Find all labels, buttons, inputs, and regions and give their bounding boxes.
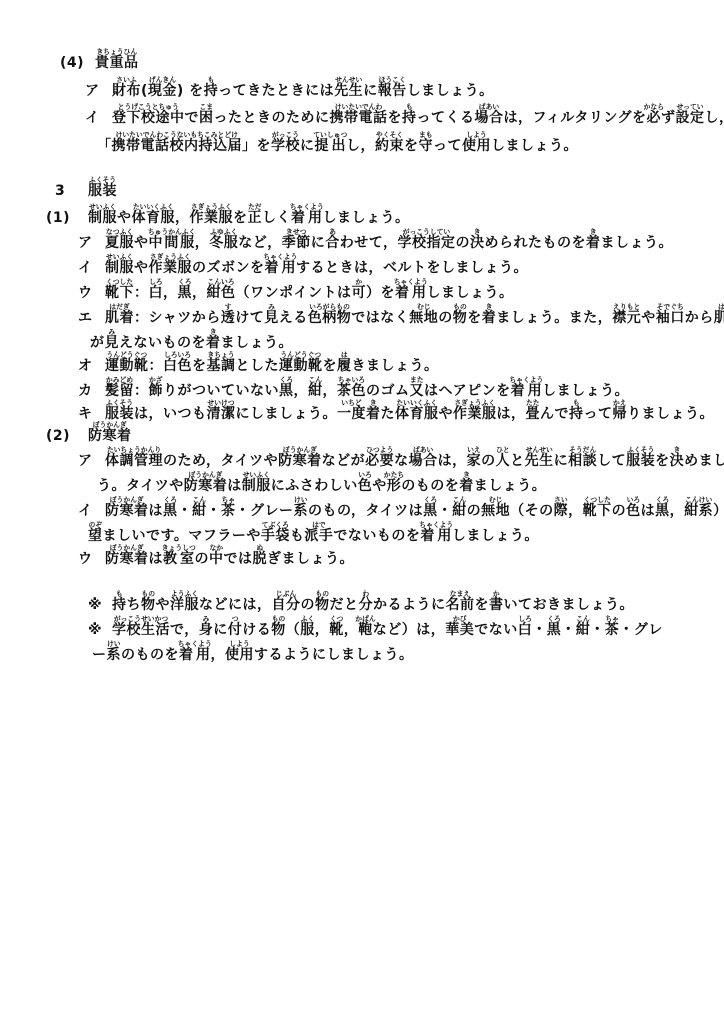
item-label: (2) (46, 429, 88, 443)
ruby-annotated-text: 防寒着ぼうかんぎ (105, 551, 149, 567)
ruby-annotated-text: 人ひと (496, 453, 511, 469)
plain-text: のもの，タイツは (308, 503, 423, 519)
ruby-annotated-text: 紺こん (308, 383, 323, 399)
ruby-annotated-text: 袖口そでぐち (656, 310, 685, 326)
ruby-annotated-text: 着用ちゃくよう (265, 260, 297, 276)
plain-text: ましょう。 (221, 335, 294, 351)
ruby-annotated-text: 黒くろ (655, 503, 670, 519)
ruby-annotated-text: 作業服さぎょうふく (453, 406, 497, 422)
ruby-annotated-text: 運動靴うんどうぐつ (279, 358, 323, 374)
ruby-annotated-text: 合あ (325, 235, 340, 251)
ruby-annotated-text: 着き (366, 406, 381, 422)
text-line: ※持もち物ものや洋服ようふくなどには，自分じぶんの物ものだと分わかるように名前な… (88, 590, 634, 612)
plain-text: ， (192, 285, 207, 301)
ruby-annotated-text: 系けい (107, 647, 122, 663)
plain-text: ， (195, 235, 210, 251)
ruby-annotated-text: 色柄物いろがらもの (308, 310, 352, 326)
plain-text: にふさわしい (271, 478, 358, 494)
plain-text: に (363, 83, 378, 99)
plain-text: の (301, 597, 316, 613)
ruby-annotated-text: 約束やくそく (375, 138, 404, 154)
ruby-annotated-text: 正ただ (248, 210, 263, 226)
ruby-annotated-text: 中間服ちゅうかんふく (149, 235, 195, 251)
ruby-annotated-text: 着用ちゃくよう (291, 210, 323, 226)
plain-text: （ (286, 622, 301, 638)
plain-text: とした (236, 358, 280, 374)
ruby-annotated-text: 身み (199, 622, 214, 638)
plain-text: かるように (373, 597, 446, 613)
ruby-annotated-text: 学校指定がっこうしてい (397, 235, 455, 251)
ruby-annotated-text: 防寒着ぼうかんぎ (278, 453, 322, 469)
ruby-annotated-text: 先生せんせい (525, 453, 554, 469)
ruby-annotated-text: 季節きせつ (282, 235, 311, 251)
ruby-annotated-text: 服装ふくそう (88, 183, 117, 199)
ruby-annotated-text: 着用ちゃくよう (395, 285, 427, 301)
text-line: が見みえないものを着きましょう。 (90, 328, 293, 350)
ruby-annotated-text: 無地むじ (409, 310, 438, 326)
ruby-annotated-text: 見み (105, 335, 120, 351)
plain-text: で， (170, 622, 199, 638)
text-line: (2)防寒着ぼうかんぎ (46, 421, 132, 443)
ruby-annotated-text: 設定せってい (676, 110, 705, 126)
plain-text: でないものを (333, 528, 420, 544)
ruby-annotated-text: 又また (410, 383, 425, 399)
ruby-annotated-text: 持も (569, 406, 584, 422)
ruby-annotated-text: 手袋てぶくろ (261, 528, 290, 544)
ruby-annotated-text: 中なか (209, 551, 224, 567)
plain-text: はヘアピンを (424, 383, 511, 399)
plain-text: う。タイツや (97, 478, 184, 494)
text-line: 望のぞましいです。マフラーや手袋てぶくろも派手はででないものを着用ちゃくようしま… (88, 521, 539, 543)
plain-text: するようにしましょう。 (254, 647, 414, 663)
ruby-annotated-text: 際さい (554, 503, 569, 519)
ruby-annotated-text: 白しろ (149, 285, 164, 301)
plain-text: ， (315, 622, 330, 638)
plain-text: では (224, 551, 253, 567)
item-label: ア (78, 236, 105, 250)
plain-text: きましょう。 (352, 358, 439, 374)
ruby-annotated-text: 提出ていしゅつ (315, 138, 347, 154)
plain-text: ましょう。 (474, 478, 547, 494)
plain-text: の (438, 310, 453, 326)
ruby-annotated-text: 脱ぬ (253, 551, 268, 567)
ruby-annotated-text: 茶ちゃ (605, 622, 620, 638)
ruby-annotated-text: 着用ちゃくよう (420, 528, 452, 544)
plain-text: しく (262, 210, 291, 226)
ruby-annotated-text: 無地むじ (481, 503, 510, 519)
plain-text: を (388, 110, 403, 126)
plain-text: （その (510, 503, 554, 519)
ruby-annotated-text: 財布さいふ (112, 83, 141, 99)
plain-text: （ワンポイントは (236, 285, 352, 301)
plain-text: は， (497, 406, 526, 422)
plain-text: ・ (590, 622, 605, 638)
ruby-annotated-text: 必かなら (647, 110, 662, 126)
ruby-annotated-text: 可か (352, 285, 367, 301)
ruby-annotated-text: 貴重品きちょうひん (95, 55, 139, 71)
plain-text: ， (568, 503, 583, 519)
plain-text: しましょう。 (407, 83, 494, 99)
plain-text: ・グレ (619, 622, 663, 638)
plain-text: も (290, 528, 305, 544)
ruby-annotated-text: 場合ばあい (409, 453, 438, 469)
ruby-annotated-text: 着き (206, 335, 221, 351)
text-line: ー系けいのものを着用ちゃくよう，使用しようするようにしましょう。 (92, 640, 414, 662)
plain-text: は (149, 551, 164, 567)
plain-text: ）を (366, 285, 395, 301)
ruby-annotated-text: 学校がっこう (271, 138, 300, 154)
plain-text: の (195, 551, 210, 567)
plain-text: するときは，ベルトをしましょう。 (296, 260, 528, 276)
ruby-annotated-text: 肌着はだぎ (714, 310, 724, 326)
ruby-annotated-text: 黒くろ (178, 285, 193, 301)
ruby-annotated-text: 持も (402, 110, 417, 126)
plain-text: は (227, 478, 242, 494)
item-label: (1) (46, 211, 88, 225)
plain-text: は (641, 503, 656, 519)
ruby-annotated-text: 飾かざ (149, 383, 164, 399)
text-line: ※学校生活がっこうせいかつで，身みに付つける物もの（服ふく，靴くつ，鞄かばんなど… (88, 615, 663, 637)
plain-text: など， (238, 235, 282, 251)
plain-text: ( (141, 83, 148, 99)
ruby-annotated-text: 携帯電話校内持込届けいたいでんわこうないもちこみとどけ (112, 138, 243, 154)
ruby-annotated-text: 着き (482, 310, 497, 326)
plain-text: りがついていない (163, 383, 279, 399)
plain-text: から (685, 310, 714, 326)
plain-text: ・ (178, 503, 193, 519)
plain-text: ぎましょう。 (267, 551, 354, 567)
item-label: ア (78, 454, 105, 468)
plain-text: のズボンを (192, 260, 265, 276)
ruby-annotated-text: 場合ばあい (475, 110, 504, 126)
ruby-annotated-text: 着き (586, 235, 601, 251)
ruby-annotated-text: 教室きょうしつ (163, 551, 195, 567)
plain-text: ）が (713, 503, 724, 519)
text-line: (1)制服せいふくや体育服たいいくふく，作業服さぎょうふくを正ただしく着用ちゃく… (46, 203, 410, 225)
plain-text: いておきましょう。 (504, 597, 635, 613)
ruby-annotated-text: 鞄かばん (358, 622, 373, 638)
text-line: ウ靴下くつした：白しろ，黒くろ，紺色こんいろ（ワンポイントは可か）を着用ちゃくよ… (78, 278, 514, 300)
ruby-annotated-text: 体育服たいいくふく (132, 210, 176, 226)
text-line: エ肌着はだぎ：シャツから透すけて見みえる色柄物いろがらものではなく無地むじの物も… (78, 303, 724, 325)
ruby-annotated-text: 色いろ (626, 503, 641, 519)
ruby-annotated-text: 決き (670, 453, 685, 469)
plain-text: や (134, 235, 149, 251)
ruby-annotated-text: 冬服ふゆふく (209, 235, 238, 251)
ruby-annotated-text: 作業服さぎょうふく (190, 210, 234, 226)
plain-text: わせて， (340, 235, 398, 251)
ruby-annotated-text: 先生せんせい (334, 83, 363, 99)
item-label: ウ (78, 552, 105, 566)
ruby-annotated-text: 制服せいふく (242, 478, 271, 494)
plain-text: だと (330, 597, 359, 613)
plain-text: ち (127, 597, 142, 613)
plain-text: えないものを (119, 335, 206, 351)
ruby-annotated-text: 服ふく (300, 622, 315, 638)
ruby-annotated-text: 物もの (453, 310, 468, 326)
plain-text: は (149, 503, 164, 519)
plain-text: められたものを (484, 235, 586, 251)
plain-text: ー (92, 647, 107, 663)
document-page: (4)貴重品きちょうひんア財布さいふ(現金げんきん) を持もってきたときには先生… (0, 0, 724, 1024)
ruby-annotated-text: 物もの (271, 622, 286, 638)
plain-text: ， (294, 383, 309, 399)
ruby-annotated-text: 髪留かみどめ (105, 383, 134, 399)
plain-text: や (134, 260, 149, 276)
item-label: イ (78, 261, 105, 275)
ruby-annotated-text: 防寒着ぼうかんぎ (184, 478, 228, 494)
plain-text: の (455, 235, 470, 251)
plain-text: や (439, 406, 454, 422)
plain-text: の (467, 503, 482, 519)
plain-text: 「 (97, 138, 112, 154)
ruby-annotated-text: 自分じぶん (272, 597, 301, 613)
plain-text: って (584, 406, 613, 422)
ruby-annotated-text: 決き (470, 235, 485, 251)
ruby-annotated-text: 使用しよう (225, 647, 254, 663)
ruby-annotated-text: 茶ちゃ (221, 503, 236, 519)
ruby-annotated-text: 茶色ちゃいろ (337, 383, 366, 399)
ruby-annotated-text: 一度いちど (337, 406, 366, 422)
plain-text: は，フィルタリングを (504, 110, 647, 126)
text-line: ウ防寒着ぼうかんぎは教室きょうしつの中なかでは脱ぬぎましょう。 (78, 544, 354, 566)
plain-text: のものを (401, 478, 459, 494)
plain-text: など）は， (373, 622, 446, 638)
item-label: (4) (60, 56, 95, 70)
text-line: イ制服せいふくや作業服さぎょうふくのズボンを着用ちゃくようするときは，ベルトをし… (78, 253, 528, 275)
ruby-annotated-text: 必要ひつよう (365, 453, 394, 469)
ruby-annotated-text: 着用ちゃくよう (179, 647, 211, 663)
plain-text: ：シャツから (134, 310, 221, 326)
plain-text: ， (175, 210, 190, 226)
ruby-annotated-text: 基調きちょう (207, 358, 236, 374)
ruby-annotated-text: 運動靴うんどうぐつ (105, 358, 149, 374)
plain-text: や (641, 310, 656, 326)
plain-text: ： (134, 383, 149, 399)
text-line: ア財布さいふ(現金げんきん) を持もってきたときには先生せんせいに報告ほうこくし… (85, 76, 494, 98)
item-label: キ (78, 407, 105, 421)
plain-text: な (394, 453, 409, 469)
plain-text: ましょう。 (600, 235, 673, 251)
ruby-annotated-text: 黒くろ (279, 383, 294, 399)
ruby-annotated-text: 履は (337, 358, 352, 374)
ruby-annotated-text: 肌着はだぎ (105, 310, 134, 326)
ruby-annotated-text: 書か (489, 597, 504, 613)
plain-text: や (117, 210, 132, 226)
text-line: (4)貴重品きちょうひん (60, 48, 139, 70)
ruby-annotated-text: 色いろ (358, 478, 373, 494)
ruby-annotated-text: 畳たた (526, 406, 541, 422)
text-line: ア夏服なつふくや中間服ちゅうかんふく，冬服ふゆふくなど，季節きせつに合あわせて，… (78, 228, 673, 250)
ruby-annotated-text: 着用ちゃくよう (511, 383, 543, 399)
plain-text: でない (474, 622, 518, 638)
plain-text: し， (705, 110, 724, 126)
text-line: ア体調管理たいちょうかんりのため，タイツや防寒着ぼうかんぎなどが必要ひつような場… (78, 446, 724, 468)
plain-text: のため，タイツや (163, 453, 278, 469)
text-line: オ運動靴うんどうぐつ：白色しろいろを基調きちょうとした運動靴うんどうぐつを履はき… (78, 351, 439, 373)
ruby-annotated-text: 帰かえ (613, 406, 628, 422)
ruby-annotated-text: 物もの (141, 597, 156, 613)
ruby-annotated-text: 透す (221, 310, 236, 326)
text-line: イ登下校途中とうげこうとちゅうで困こまったときのために携帯電話けいたいでんわを持… (85, 103, 724, 125)
plain-text: ましょう。また， (496, 310, 612, 326)
ruby-annotated-text: 紺こん (452, 503, 467, 519)
ruby-annotated-text: 黒くろ (163, 503, 178, 519)
item-label: ア (85, 84, 112, 98)
plain-text: は，いつも (134, 406, 207, 422)
ruby-annotated-text: 望のぞ (88, 528, 103, 544)
plain-text: に (311, 235, 326, 251)
ruby-annotated-text: 紺こん (192, 503, 207, 519)
plain-text: りましょう。 (627, 406, 714, 422)
ruby-annotated-text: 洋服ようふく (170, 597, 199, 613)
plain-text: を (467, 310, 482, 326)
item-label: ※ (88, 623, 112, 637)
plain-text: しましょう。 (542, 383, 629, 399)
ruby-annotated-text: 襟元えりもと (612, 310, 641, 326)
plain-text: ましいです。マフラーや (103, 528, 261, 544)
item-label: ウ (78, 286, 105, 300)
ruby-annotated-text: 付つ (228, 622, 243, 638)
plain-text: しましょう。 (323, 210, 410, 226)
ruby-annotated-text: 防寒着ぼうかんぎ (88, 428, 132, 444)
plain-text: が (90, 335, 105, 351)
plain-text: ず (661, 110, 676, 126)
item-label: イ (85, 111, 112, 125)
item-label: オ (78, 359, 105, 373)
ruby-annotated-text: 着き (459, 478, 474, 494)
ruby-annotated-text: 黒くろ (547, 622, 562, 638)
plain-text: に (213, 622, 228, 638)
plain-text: と (510, 453, 525, 469)
plain-text: ， (211, 647, 226, 663)
ruby-annotated-text: 服装ふくそう (626, 453, 655, 469)
plain-text: ・ (207, 503, 222, 519)
plain-text: ったときのために (214, 110, 330, 126)
ruby-annotated-text: 白しろ (518, 622, 533, 638)
ruby-annotated-text: 清潔せいけつ (207, 406, 236, 422)
plain-text: にしましょう。 (236, 406, 338, 422)
ruby-annotated-text: 見み (264, 310, 279, 326)
ruby-annotated-text: 報告ほうこく (378, 83, 407, 99)
ruby-annotated-text: 物もの (315, 597, 330, 613)
plain-text: ・グレー (236, 503, 294, 519)
ruby-annotated-text: 持も (204, 83, 219, 99)
plain-text: めましょ (684, 453, 724, 469)
ruby-annotated-text: 黒くろ (423, 503, 438, 519)
text-line: 3服装ふくそう (55, 176, 117, 198)
ruby-annotated-text: 靴くつ (329, 622, 344, 638)
plain-text: を (323, 358, 338, 374)
plain-text: や (156, 597, 171, 613)
plain-text: ， (163, 285, 178, 301)
ruby-annotated-text: 華美かび (445, 622, 474, 638)
ruby-annotated-text: 携帯電話けいたいでんわ (330, 110, 388, 126)
plain-text: しましょう。 (452, 528, 539, 544)
ruby-annotated-text: 制服せいふく (105, 260, 134, 276)
ruby-annotated-text: 服装ふくそう (105, 406, 134, 422)
plain-text: ・ (438, 503, 453, 519)
plain-text: けて (235, 310, 264, 326)
plain-text: のものを (121, 647, 179, 663)
plain-text: を (192, 358, 207, 374)
plain-text: ける (242, 622, 271, 638)
text-line: う。タイツや防寒着ぼうかんぎは制服せいふくにふさわしい色いろや形かたちのものを着… (97, 471, 546, 493)
plain-text: ： (134, 285, 149, 301)
plain-text: ってくる (417, 110, 475, 126)
ruby-annotated-text: 学校生活がっこうせいかつ (112, 622, 170, 638)
plain-text: は， (438, 453, 467, 469)
ruby-annotated-text: 靴下くつした (105, 285, 134, 301)
plain-text: しましょう。 (491, 138, 578, 154)
ruby-annotated-text: 持も (112, 597, 127, 613)
ruby-annotated-text: 作業服さぎょうふく (149, 260, 193, 276)
ruby-annotated-text: 体育服たいいくふく (395, 406, 439, 422)
text-line: イ防寒着ぼうかんぎは黒くろ・紺こん・茶ちゃ・グレー系けいのもの，タイツは黒くろ・… (78, 496, 724, 518)
plain-text: して (597, 453, 626, 469)
ruby-annotated-text: 防寒着ぼうかんぎ (105, 503, 149, 519)
ruby-annotated-text: 困こま (199, 110, 214, 126)
ruby-annotated-text: 派手はで (304, 528, 333, 544)
plain-text: ： (149, 358, 164, 374)
plain-text: んで (540, 406, 569, 422)
plain-text: ， (323, 383, 338, 399)
ruby-annotated-text: 夏服なつふく (105, 235, 134, 251)
plain-text: ・ (532, 622, 547, 638)
ruby-annotated-text: 守まも (419, 138, 434, 154)
plain-text: を (655, 453, 670, 469)
plain-text: し， (346, 138, 375, 154)
item-label: エ (78, 311, 105, 325)
ruby-annotated-text: 形かたち (387, 478, 402, 494)
plain-text: ， (670, 503, 685, 519)
plain-text: える (279, 310, 308, 326)
plain-text: の (612, 503, 627, 519)
text-line: カ髪留かみどめ：飾かざりがついていない黒くろ，紺こん，茶色ちゃいろのゴム又または… (78, 376, 629, 398)
text-line: キ服装ふくそうは，いつも清潔せいけつにしましょう。一度いちど着きた体育服たいいく… (78, 399, 714, 421)
plain-text: などには， (199, 597, 272, 613)
plain-text: を (404, 138, 419, 154)
plain-text: を (475, 597, 490, 613)
plain-text: しましょう。 (427, 285, 514, 301)
plain-text: ) を (177, 83, 204, 99)
plain-text: ってきたときには (218, 83, 334, 99)
item-label: カ (78, 384, 105, 398)
ruby-annotated-text: 靴下くつした (583, 503, 612, 519)
ruby-annotated-text: 現金げんきん (148, 83, 177, 99)
ruby-annotated-text: 制服せいふく (88, 210, 117, 226)
ruby-annotated-text: 紺系こんけい (684, 503, 713, 519)
plain-text: の (481, 453, 496, 469)
item-label: イ (78, 504, 105, 518)
plain-text: などが (322, 453, 366, 469)
ruby-annotated-text: 登下校途中とうげこうとちゅう (112, 110, 185, 126)
plain-text: ではなく (351, 310, 409, 326)
ruby-annotated-text: 紺色こんいろ (207, 285, 236, 301)
plain-text: に (554, 453, 569, 469)
ruby-annotated-text: 体調管理たいちょうかんり (105, 453, 163, 469)
ruby-annotated-text: 紺こん (576, 622, 591, 638)
ruby-annotated-text: 系けい (294, 503, 309, 519)
plain-text: のゴム (366, 383, 410, 399)
ruby-annotated-text: 家いえ (467, 453, 482, 469)
ruby-annotated-text: 白色しろいろ (163, 358, 192, 374)
ruby-annotated-text: 分わ (359, 597, 374, 613)
item-label: 3 (55, 184, 88, 198)
plain-text: って (433, 138, 462, 154)
plain-text: 」を (242, 138, 271, 154)
plain-text: た (381, 406, 396, 422)
